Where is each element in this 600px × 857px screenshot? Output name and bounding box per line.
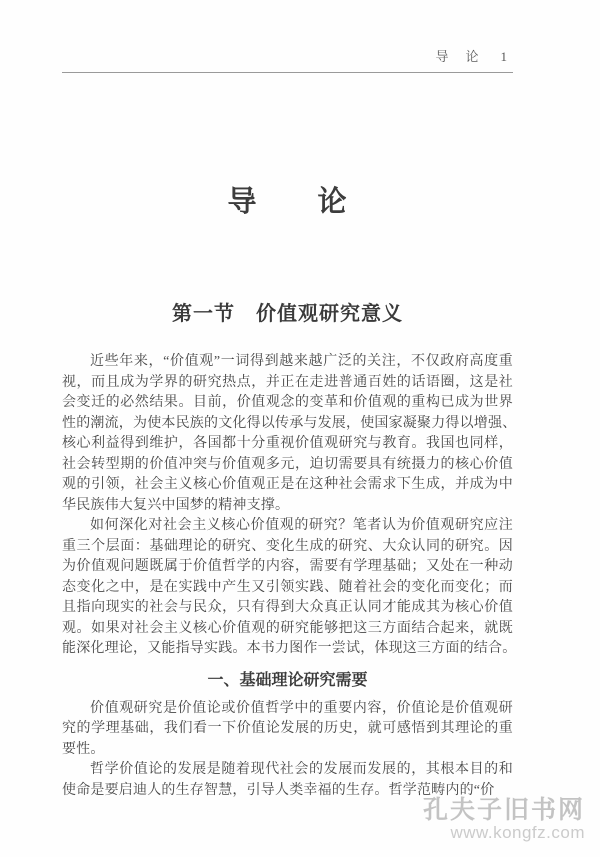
text-line: 能深化理论，又能指导实践。本书力图作一尝试，体现这三方面的结合。 xyxy=(62,639,513,660)
text-line: 会变迁的必然结果。目前，价值观念的变革和价值观的重构已成为世界 xyxy=(62,393,513,414)
text-line: 重三个层面：基础理论的研究、变化生成的研究、大众认同的研究。因 xyxy=(62,537,513,558)
text-line: 核心利益得到维护，各国都十分重视价值观研究与教育。我国也同样， xyxy=(62,434,513,455)
text-line: 究的学理基础，我们看一下价值论发展的历史，就可感悟到其理论的重 xyxy=(62,719,513,740)
text-line: 视，而且成为学界的研究热点，并正在走进普通百姓的话语圈，这是社 xyxy=(62,373,513,394)
section-heading: 第一节 价值观研究意义 xyxy=(62,297,513,326)
watermark-site-url: www.kongfz.com xyxy=(423,824,585,843)
text-line: 观的引领，社会主义核心价值观正是在这种社会需求下生成，并成为中 xyxy=(62,475,513,496)
body-text: 近些年来，“价值观”一词得到越来越广泛的关注，不仅政府高度重视，而且成为学界的研… xyxy=(62,352,513,801)
text-line: 社会转型期的价值冲突与价值观多元，迫切需要具有统摄力的核心价值 xyxy=(62,455,513,476)
text-line: 性的潮流，为使本民族的文化得以传承与发展，使国家凝聚力得以增强、 xyxy=(62,414,513,435)
page-number: 1 xyxy=(501,49,508,65)
text-block: 导 论 1 导 论 第一节 价值观研究意义 近些年来，“价值观”一词得到越来越广… xyxy=(62,0,513,801)
text-line: 如何深化对社会主义核心价值观的研究？笔者认为价值观研究应注 xyxy=(62,516,513,537)
page-header: 导 论 1 xyxy=(62,46,513,73)
text-line: 哲学价值论的发展是随着现代社会的发展而发展的，其根本目的和 xyxy=(62,760,513,781)
watermark: 孔夫子旧书网 www.kongfz.com xyxy=(423,797,585,843)
text-line: 价值观研究是价值论或价值哲学中的重要内容，价值论是价值观研 xyxy=(62,699,513,720)
text-line: 近些年来，“价值观”一词得到越来越广泛的关注，不仅政府高度重 xyxy=(62,352,513,373)
text-line: 观。如果对社会主义核心价值观的研究能够把这三方面结合起来，就既 xyxy=(62,619,513,640)
text-line: 态变化之中，是在实践中产生又引领实践、随着社会的变化而变化；而 xyxy=(62,578,513,599)
running-title: 导 论 xyxy=(435,46,480,65)
scanned-book-page: 导 论 1 导 论 第一节 价值观研究意义 近些年来，“价值观”一词得到越来越广… xyxy=(0,0,600,857)
subsection-paragraphs: 价值观研究是价值论或价值哲学中的重要内容，价值论是价值观研究的学理基础，我们看一… xyxy=(62,699,513,802)
watermark-site-name: 孔夫子旧书网 xyxy=(423,797,585,825)
chapter-title: 导 论 xyxy=(62,179,513,220)
text-line: 且指向现实的社会与民众，只有得到大众真正认同才能成其为核心价值 xyxy=(62,598,513,619)
text-line: 华民族伟大复兴中国梦的精神支撑。 xyxy=(62,496,513,517)
intro-paragraphs: 近些年来，“价值观”一词得到越来越广泛的关注，不仅政府高度重视，而且成为学界的研… xyxy=(62,352,513,660)
text-line: 要性。 xyxy=(62,740,513,761)
subsection-heading: 一、基础理论研究需要 xyxy=(62,667,513,690)
text-line: 为价值观问题既属于价值哲学的内容，需要有学理基础；又处在一种动 xyxy=(62,557,513,578)
